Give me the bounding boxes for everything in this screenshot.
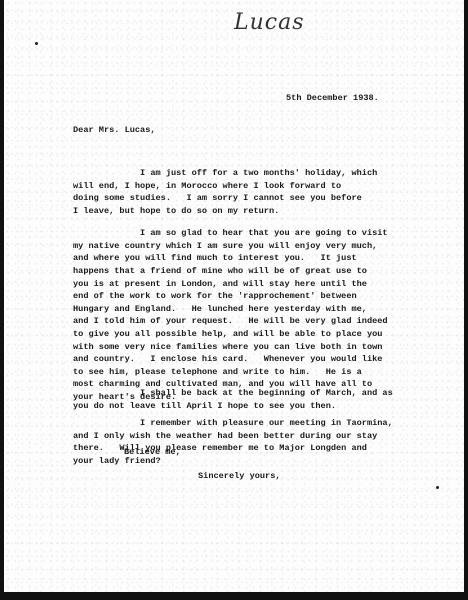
letter-page: Lucas 5th December 1938. Dear Mrs. Lucas…	[0, 0, 468, 600]
text-line: you is at present in London, and will st…	[73, 278, 388, 291]
salutation: Dear Mrs. Lucas,	[73, 124, 156, 137]
handwritten-annotation: Lucas	[234, 10, 305, 35]
text-line: will end, I hope, in Morocco where I loo…	[73, 180, 377, 193]
text-line: your lady friend?	[73, 455, 393, 468]
ink-speck	[35, 42, 38, 45]
text-line: and I only wish the weather had been bet…	[73, 430, 393, 443]
text-line: Hungary and England. He lunched here yes…	[73, 303, 388, 316]
text-line: and I told him of your request. He will …	[73, 315, 388, 328]
text-line: I am so glad to hear that you are going …	[73, 227, 388, 240]
scan-border-left	[0, 0, 4, 600]
ink-speck	[436, 486, 439, 489]
text-line: I am just off for a two months' holiday,…	[73, 167, 377, 180]
text-line: end of the work to work for the 'rapproc…	[73, 290, 388, 303]
text-line: and where you will find much to interest…	[73, 252, 388, 265]
text-line: happens that a friend of mine who will b…	[73, 265, 388, 278]
letter-date: 5th December 1938.	[286, 92, 379, 105]
text-line: with some very nice families where you c…	[73, 341, 388, 354]
text-line: to give you all possible help, and will …	[73, 328, 388, 341]
scan-border-right	[464, 0, 468, 600]
scan-border-bottom	[0, 592, 468, 600]
text-line: my native country which I am sure you wi…	[73, 240, 388, 253]
text-line: I remember with pleasure our meeting in …	[73, 417, 393, 430]
closing: Believe me,	[124, 446, 181, 459]
text-line: there. Will you please remember me to Ma…	[73, 442, 393, 455]
signoff: Sincerely yours,	[198, 470, 281, 483]
